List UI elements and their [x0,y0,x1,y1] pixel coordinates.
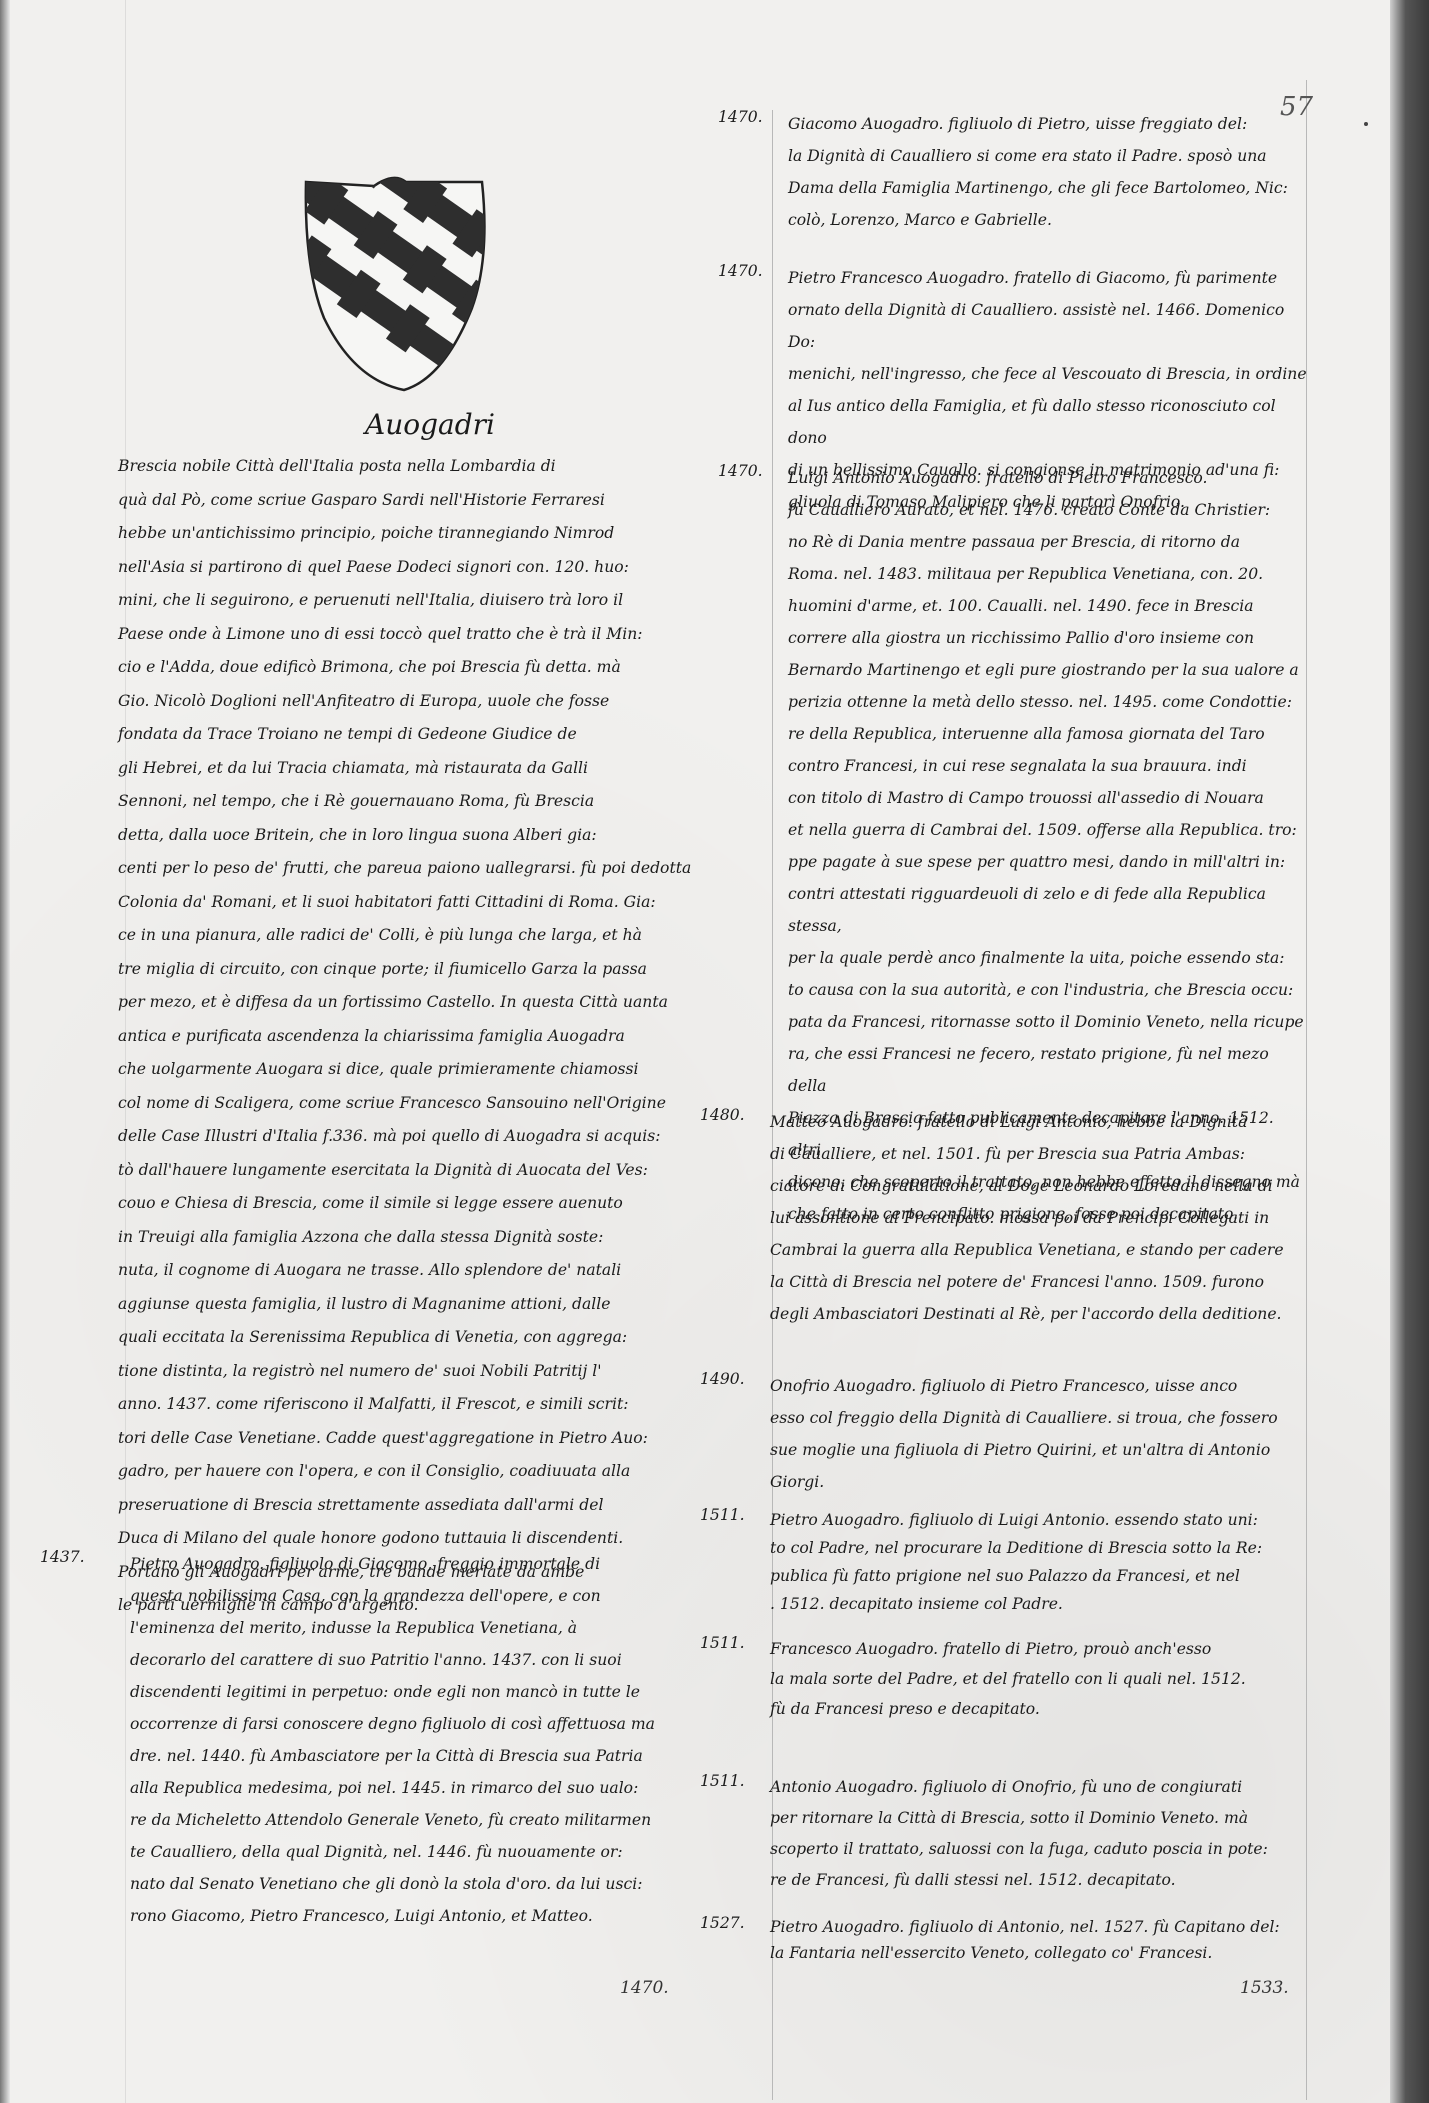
intro-paragraph: Brescia nobile Città dell'Italia posta n… [118,450,708,1623]
entry-line: fù da Francesi preso e decapitato. [770,1694,1300,1724]
entry-line: questa nobilissima Casa, con la grandezz… [130,1580,720,1612]
entry-line: Cambrai la guerra alla Republica Venetia… [770,1234,1300,1266]
intro-line: hebbe un'antichissimo principio, poiche … [118,517,708,551]
intro-line: per mezo, et è diffesa da un fortissimo … [118,986,708,1020]
intro-line: gadro, per hauere con l'opera, e con il … [118,1455,708,1489]
intro-line: in Treuigi alla famiglia Azzona che dall… [118,1221,708,1255]
intro-line: antica e purificata ascendenza la chiari… [118,1020,708,1054]
entry-line: scoperto il trattato, saluossi con la fu… [770,1834,1300,1865]
entry-line: al Ius antico della Famiglia, et fù dall… [788,390,1308,454]
entry-line: re della Republica, interuenne alla famo… [788,718,1308,750]
entry-line: per la quale perdè anco finalmente la ui… [788,942,1308,974]
entry-body: Onofrio Auogadro. figliuolo di Pietro Fr… [770,1370,1300,1498]
intro-line: detta, dalla uoce Britein, che in loro l… [118,819,708,853]
coat-of-arms-shield-icon [294,168,526,400]
entry-year: 1511. [700,1634,760,1652]
intro-line: cio e l'Adda, doue edificò Brimona, che … [118,651,708,685]
entry-line: la mala sorte del Padre, et del fratello… [770,1664,1300,1694]
entry-line: huomini d'arme, et. 100. Caualli. nel. 1… [788,590,1308,622]
intro-line: col nome di Scaligera, come scriue Franc… [118,1087,708,1121]
entry-line: ciatore di Congratulatione, al Doge Leon… [770,1170,1300,1202]
entry-line: to col Padre, nel procurare la Deditione… [770,1534,1300,1562]
entry-body: Antonio Auogadro. figliuolo di Onofrio, … [770,1772,1300,1896]
entry-line: contri attestati rigguardeuoli di zelo e… [788,878,1308,942]
entry-body: Pietro Auogadro. figliuolo di Luigi Anto… [770,1506,1300,1618]
entry-line: fù Cauallierо Aurato, et nel. 1476. crea… [788,494,1308,526]
intro-line: tione distinta, la registrò nel numero d… [118,1355,708,1389]
entry-line: . 1512. decapitato insieme col Padre. [770,1590,1300,1618]
entry-line: pata da Francesi, ritornasse sotto il Do… [788,1006,1308,1038]
intro-line: nell'Asia si partirono di quel Paese Dod… [118,551,708,585]
entry-year: 1527. [700,1914,760,1932]
intro-line: Colonia da' Romani, et li suoi habitator… [118,886,708,920]
entry-body: Francesco Auogadro. fratello di Pietro, … [770,1634,1300,1724]
entry-body: Matteo Auogadro. fratello di Luigi Anton… [770,1106,1300,1330]
entry-line: Pietro Auogadro. figliuolo di Luigi Anto… [770,1506,1300,1534]
intro-line: tori delle Case Venetiane. Cadde quest'a… [118,1422,708,1456]
intro-line: gli Hebrei, et da lui Tracia chiamata, m… [118,752,708,786]
catchword: 1470. [620,1978,669,1998]
intro-line: quà dal Pò, come scriue Gasparo Sardi ne… [118,484,708,518]
arms-title: Auogadri [300,408,560,441]
ink-mark [1364,122,1368,126]
entry-body: Giacomo Auogadro. figliuolo di Pietro, u… [788,108,1308,236]
entry-line: la Fantaria nell'essercito Veneto, colle… [770,1940,1300,1966]
manuscript-page: 57 Auogadri Brescia nobile Città dell'It… [0,0,1390,2103]
entry-line: ppe pagate à sue spese per quattro mesi,… [788,846,1308,878]
entry-line: dre. nel. 1440. fù Ambasciatore per la C… [130,1740,720,1772]
entry-year: 1470. [718,462,778,480]
entry-line: la Città di Brescia nel potere de' Franc… [770,1266,1300,1298]
entry-line: correre alla giostra un ricchissimo Pall… [788,622,1308,654]
intro-line: Sennoni, nel tempo, che i Rè gouernauano… [118,785,708,819]
intro-line: aggiunse questa famiglia, il lustro di M… [118,1288,708,1322]
entry-line: Onofrio Auogadro. figliuolo di Pietro Fr… [770,1370,1300,1402]
entry-line: discendenti legitimi in perpetuo: onde e… [130,1676,720,1708]
entry-line: perizia ottenne la metà dello stesso. ne… [788,686,1308,718]
entry-year: 1437. [40,1548,100,1566]
intro-line: centi per lo peso de' frutti, che pareua… [118,852,708,886]
entry-line: Giacomo Auogadro. figliuolo di Pietro, u… [788,108,1308,140]
entry-line: te Cauallierо, della qual Dignità, nel. … [130,1836,720,1868]
entry-line: menichi, nell'ingresso, che fece al Vesc… [788,358,1308,390]
entry-line: re da Micheletto Attendolo Generale Vene… [130,1804,720,1836]
entry-body: Pietro Auogadro. figliuolo di Giacomo, f… [130,1548,720,1932]
entry-year: 1490. [700,1370,760,1388]
entry-line: l'eminenza del merito, indusse la Republ… [130,1612,720,1644]
entry-line: sue moglie una figliuola di Pietro Quiri… [770,1434,1300,1466]
entry-line: re de Francesi, fù dalli stessi nel. 151… [770,1865,1300,1896]
entry-line: Matteo Auogadro. fratello di Luigi Anton… [770,1106,1300,1138]
entry-line: colò, Lorenzo, Marco e Gabrielle. [788,204,1308,236]
entry-line: no Rè di Dania mentre passaua per Bresci… [788,526,1308,558]
page-edge-shadow [1390,0,1429,2103]
entry-line: publica fù fatto prigione nel suo Palazz… [770,1562,1300,1590]
intro-line: Brescia nobile Città dell'Italia posta n… [118,450,708,484]
entry-line: nato dal Senato Venetiano che gli donò l… [130,1868,720,1900]
intro-line: preseruatione di Brescia strettamente as… [118,1489,708,1523]
entry-year: 1511. [700,1772,760,1790]
intro-line: tre miglia di circuito, con cinque porte… [118,953,708,987]
entry-line: et nella guerra di Cambrai del. 1509. of… [788,814,1308,846]
intro-line: quali eccitata la Serenissima Republica … [118,1321,708,1355]
entry-line: con titolo di Mastro di Campo trouossi a… [788,782,1308,814]
entry-line: Luigi Antonio Auogadro. fratello di Piet… [788,462,1308,494]
entry-line: alla Republica medesima, poi nel. 1445. … [130,1772,720,1804]
entry-line: contro Francesi, in cui rese segnalata l… [788,750,1308,782]
intro-line: anno. 1437. come riferiscono il Malfatti… [118,1388,708,1422]
entry-body: Pietro Auogadro. figliuolo di Antonio, n… [770,1914,1300,1966]
catchword: 1533. [1240,1978,1289,1998]
entry-year: 1480. [700,1106,760,1124]
entry-year: 1470. [718,108,778,126]
intro-line: Paese onde à Limone uno di essi toccò qu… [118,618,708,652]
entry-year: 1470. [718,262,778,280]
entry-line: per ritornare la Città di Brescia, sotto… [770,1803,1300,1834]
entry-line: ra, che essi Francesi ne fecero, restato… [788,1038,1308,1102]
intro-line: tò dall'hauere lungamente esercitata la … [118,1154,708,1188]
entry-line: decorarlo del carattere di suo Patritio … [130,1644,720,1676]
intro-line: delle Case Illustri d'Italia f.336. mà p… [118,1120,708,1154]
entry-line: occorrenze di farsi conoscere degno figl… [130,1708,720,1740]
entry-line: Giorgi. [770,1466,1300,1498]
entry-line: la Dignità di Cauallierо si come era sta… [788,140,1308,172]
intro-line: Gio. Nicolò Doglioni nell'Anfiteatro di … [118,685,708,719]
entry-line: Bernardo Martinengo et egli pure giostra… [788,654,1308,686]
entry-line: rono Giacomo, Pietro Francesco, Luigi An… [130,1900,720,1932]
entry-line: Roma. nel. 1483. militaua per Republica … [788,558,1308,590]
entry-line: ornato della Dignità di Cauallierо. assi… [788,294,1308,358]
entry-line: Pietro Auogadro. figliuolo di Giacomo, f… [130,1548,720,1580]
entry-line: Dama della Famiglia Martinengo, che gli … [788,172,1308,204]
entry-line: Francesco Auogadro. fratello di Pietro, … [770,1634,1300,1664]
entry-year: 1511. [700,1506,760,1524]
entry-line: Pietro Francesco Auogadro. fratello di G… [788,262,1308,294]
intro-line: mini, che li seguirono, e peruenuti nell… [118,584,708,618]
intro-line: couo e Chiesa di Brescia, come il simile… [118,1187,708,1221]
entry-line: degli Ambasciatori Destinati al Rè, per … [770,1298,1300,1330]
entry-line: to causa con la sua autorità, e con l'in… [788,974,1308,1006]
intro-line: ce in una pianura, alle radici de' Colli… [118,919,708,953]
binding-edge [0,0,10,2103]
entry-line: Antonio Auogadro. figliuolo di Onofrio, … [770,1772,1300,1803]
intro-line: che uolgarmente Auogara si dice, quale p… [118,1053,708,1087]
intro-line: fondata da Trace Troiano ne tempi di Ged… [118,718,708,752]
entry-line: esso col freggio della Dignità di Cauall… [770,1402,1300,1434]
entry-line: Pietro Auogadro. figliuolo di Antonio, n… [770,1914,1300,1940]
intro-line: nuta, il cognome di Auogara ne trasse. A… [118,1254,708,1288]
entry-line: lui assontione al Prencipato. mossa poi … [770,1202,1300,1234]
entry-line: di Cauallierе, et nel. 1501. fù per Bres… [770,1138,1300,1170]
